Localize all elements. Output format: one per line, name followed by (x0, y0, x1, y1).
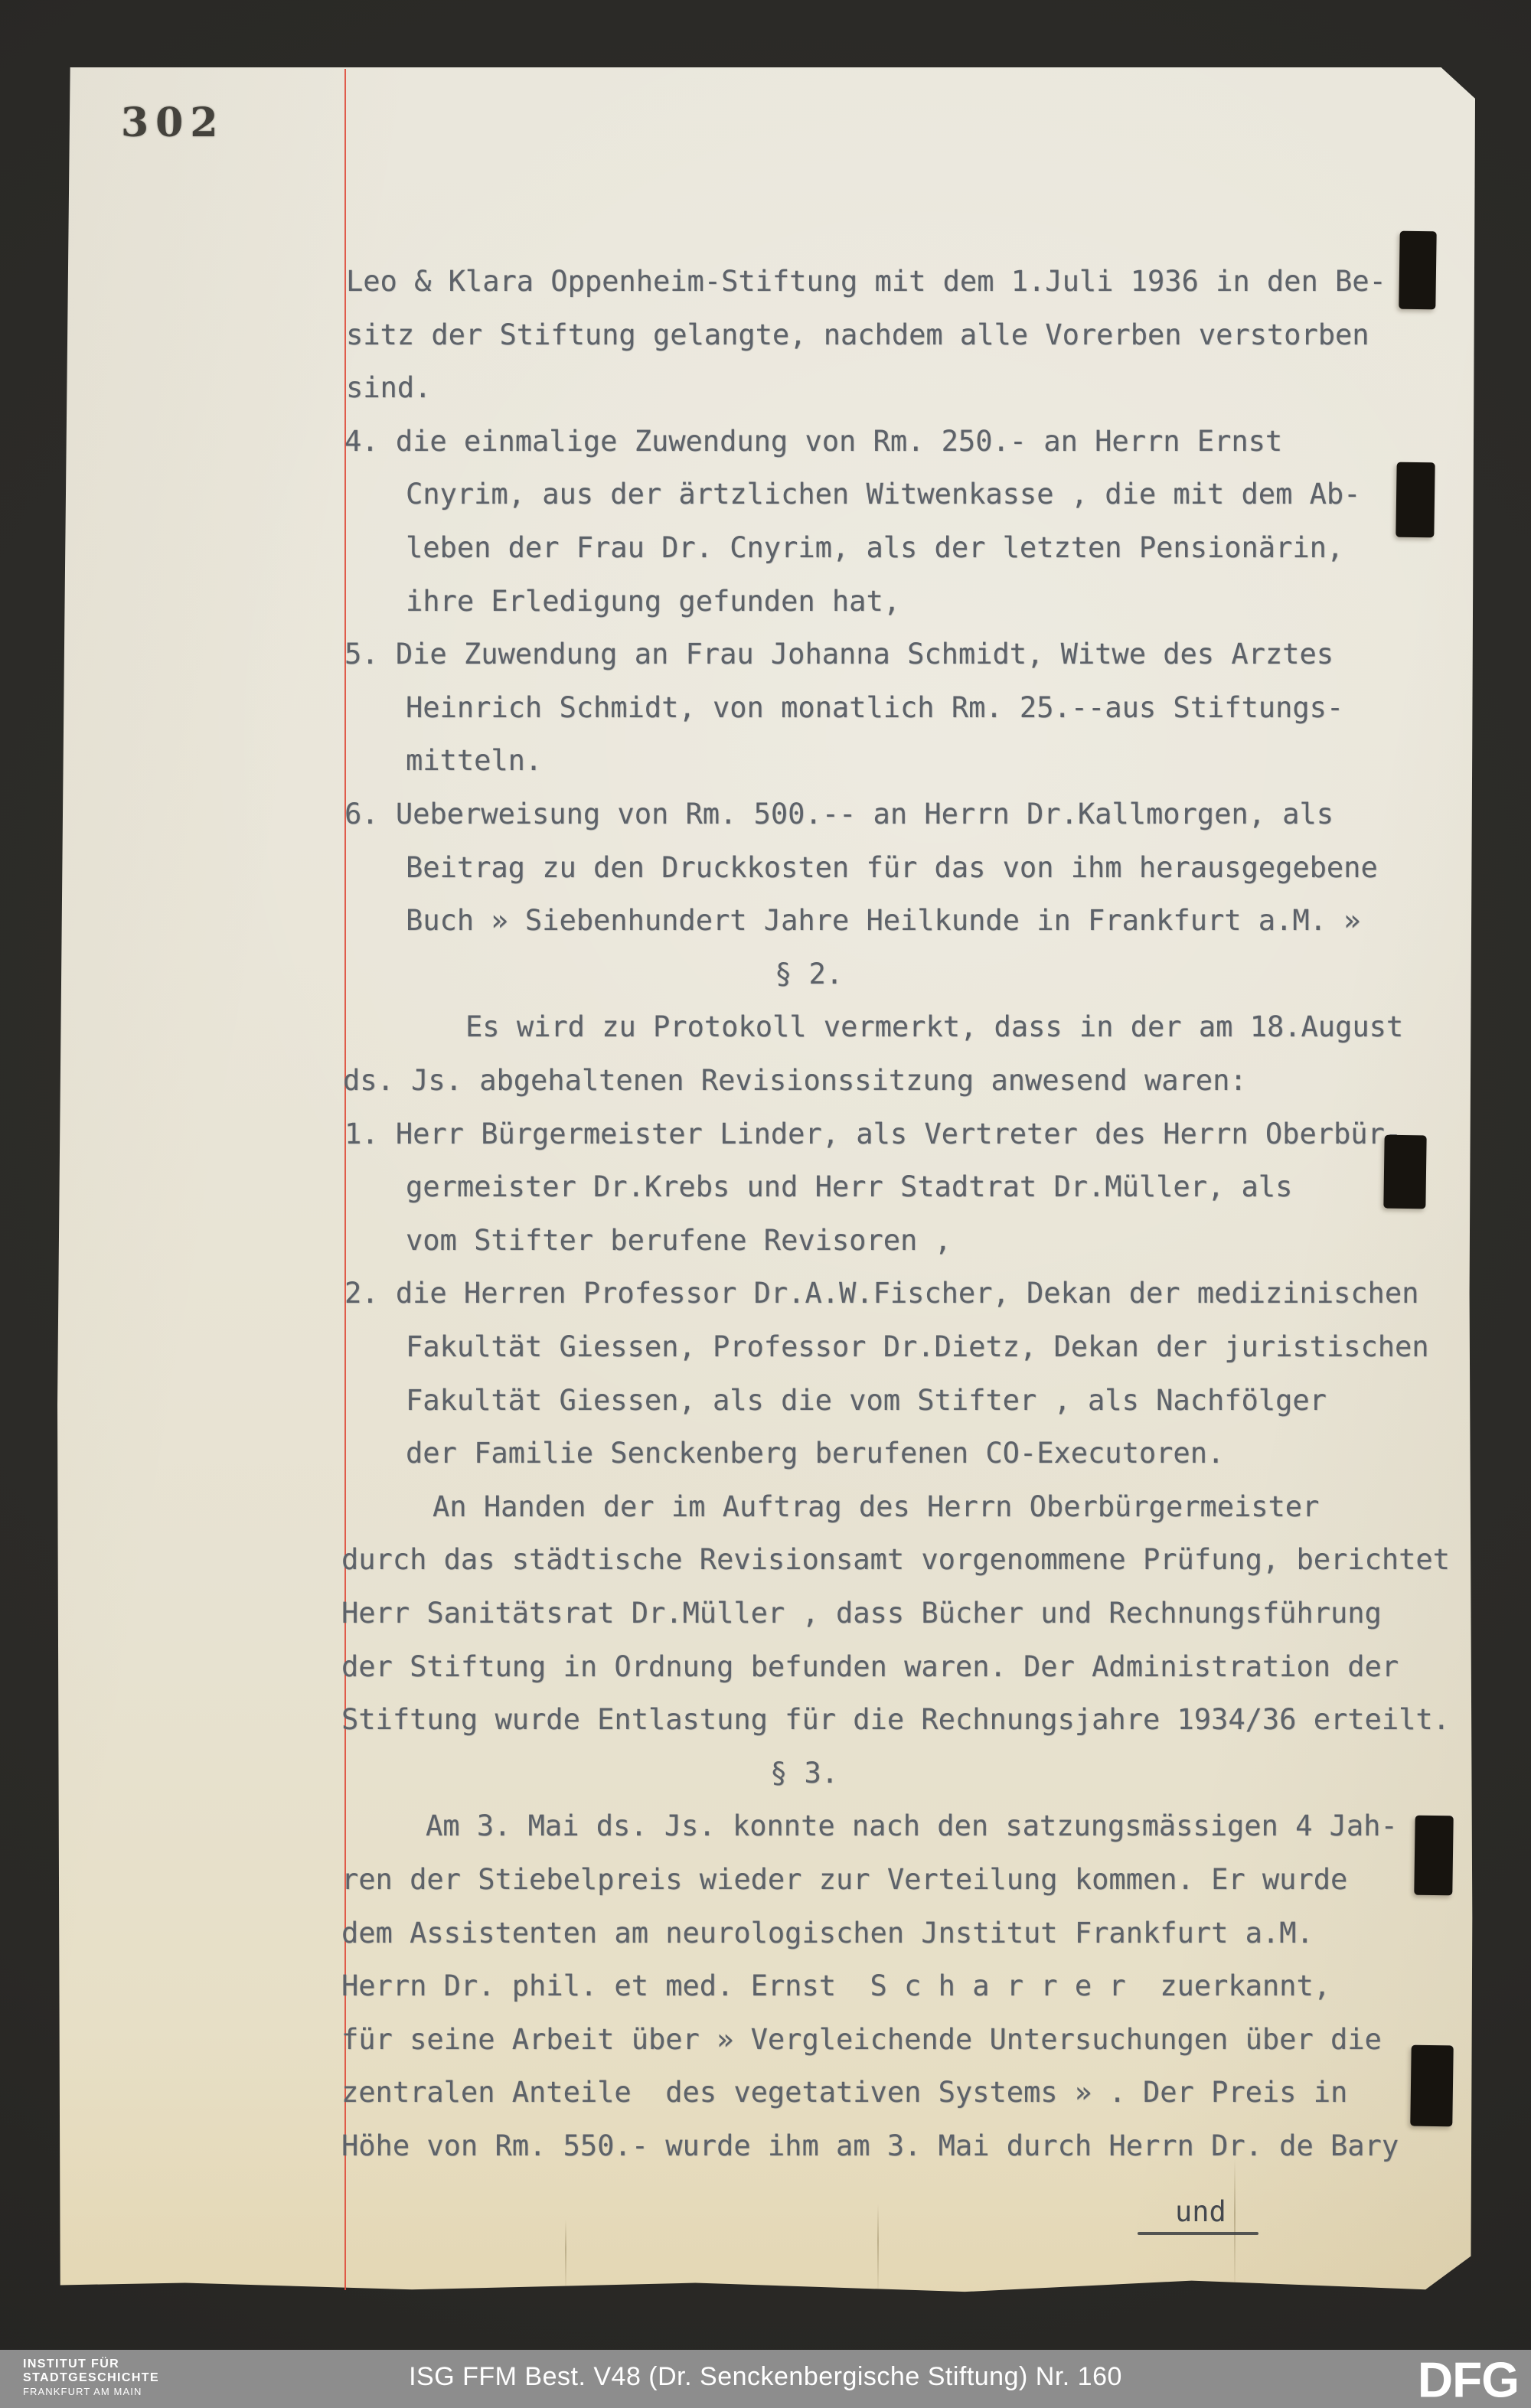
typewritten-line: Fakultät Giessen, als die vom Stifter , … (406, 1383, 1327, 1418)
typewritten-line: mitteln. (406, 743, 542, 778)
typewritten-line: § 2. (775, 957, 843, 992)
typewritten-line: Höhe von Rm. 550.- wurde ihm am 3. Mai d… (341, 2129, 1399, 2164)
folio-number-stamp: 302 (121, 100, 225, 146)
typewritten-line: § 3. (770, 1756, 838, 1791)
typewritten-line: Buch » Siebenhundert Jahre Heilkunde in … (406, 903, 1360, 938)
typewritten-line: Am 3. Mai ds. Js. konnte nach den satzun… (426, 1809, 1398, 1844)
typewritten-line: Herr Sanitätsrat Dr.Müller , dass Bücher… (341, 1596, 1382, 1631)
typewritten-line: 2. die Herren Professor Dr.A.W.Fischer, … (344, 1276, 1418, 1311)
typewritten-line: ren der Stiebelpreis wieder zur Verteilu… (341, 1862, 1347, 1897)
typewritten-line: 1. Herr Bürgermeister Linder, als Vertre… (344, 1117, 1402, 1152)
archival-reference: ISG FFM Best. V48 (Dr. Senckenbergische … (0, 2362, 1531, 2392)
archive-footer-bar: INSTITUT FÜR STADTGESCHICHTE FRANKFURT A… (0, 2350, 1531, 2408)
typewritten-line: Leo & Klara Oppenheim-Stiftung mit dem 1… (346, 264, 1386, 299)
typewritten-line: sind. (346, 370, 431, 406)
paper-crease (877, 2204, 879, 2296)
typewritten-line: germeister Dr.Krebs und Herr Stadtrat Dr… (406, 1170, 1292, 1205)
paper-crease (1234, 2158, 1236, 2296)
typewritten-line: dem Assistenten am neurologischen Jnstit… (341, 1916, 1314, 1951)
typewritten-line: vom Stifter berufene Revisoren , (406, 1223, 952, 1258)
typewritten-line: zentralen Anteile des vegetativen System… (341, 2075, 1347, 2110)
binding-mark (1383, 1135, 1426, 1209)
typewritten-line: 6. Ueberweisung von Rm. 500.-- an Herrn … (344, 797, 1334, 832)
typewritten-line: leben der Frau Dr. Cnyrim, als der letzt… (406, 530, 1343, 566)
dfg-logo: DFG (1418, 2351, 1519, 2408)
typewritten-line: sitz der Stiftung gelangte, nachdem alle… (346, 318, 1369, 353)
typewritten-line: Stiftung wurde Entlastung für die Rechnu… (341, 1702, 1450, 1737)
typewritten-line: An Handen der im Auftrag des Herrn Oberb… (433, 1490, 1319, 1525)
typewritten-line: Es wird zu Protokoll vermerkt, dass in d… (465, 1010, 1403, 1045)
typewritten-line: ds. Js. abgehaltenen Revisionssitzung an… (343, 1063, 1247, 1098)
typewritten-line: Cnyrim, aus der ärtzlichen Witwenkasse ,… (406, 477, 1360, 512)
typewritten-line: Herrn Dr. phil. et med. Ernst S c h a r … (341, 1969, 1330, 2004)
typewritten-line: für seine Arbeit über » Vergleichende Un… (341, 2022, 1382, 2057)
binding-mark (1414, 1816, 1453, 1896)
binding-mark (1396, 462, 1435, 538)
typewritten-line: Beitrag zu den Druckkosten für das von i… (406, 850, 1378, 886)
archive-scan-view: 302 Leo & Klara Oppenheim-Stiftung mit d… (0, 0, 1531, 2408)
continuation-underline (1138, 2232, 1258, 2235)
typewritten-line: 5. Die Zuwendung an Frau Johanna Schmidt… (344, 637, 1334, 672)
typewritten-line: ihre Erledigung gefunden hat, (406, 584, 900, 619)
typewritten-line: der Familie Senckenberg berufenen CO-Exe… (406, 1436, 1224, 1471)
typewritten-line: durch das städtische Revisionsamt vorgen… (341, 1542, 1450, 1578)
paper-crease (565, 2220, 566, 2292)
binding-mark (1399, 231, 1436, 310)
binding-mark (1410, 2045, 1453, 2127)
typewritten-line: Fakultät Giessen, Professor Dr.Dietz, De… (406, 1330, 1429, 1365)
typewritten-line: 4. die einmalige Zuwendung von Rm. 250.-… (344, 424, 1282, 459)
typewritten-line: Heinrich Schmidt, von monatlich Rm. 25.-… (406, 690, 1343, 726)
typewritten-line: der Stiftung in Ordnung befunden waren. … (341, 1649, 1399, 1685)
continuation-word: und (1175, 2195, 1226, 2228)
